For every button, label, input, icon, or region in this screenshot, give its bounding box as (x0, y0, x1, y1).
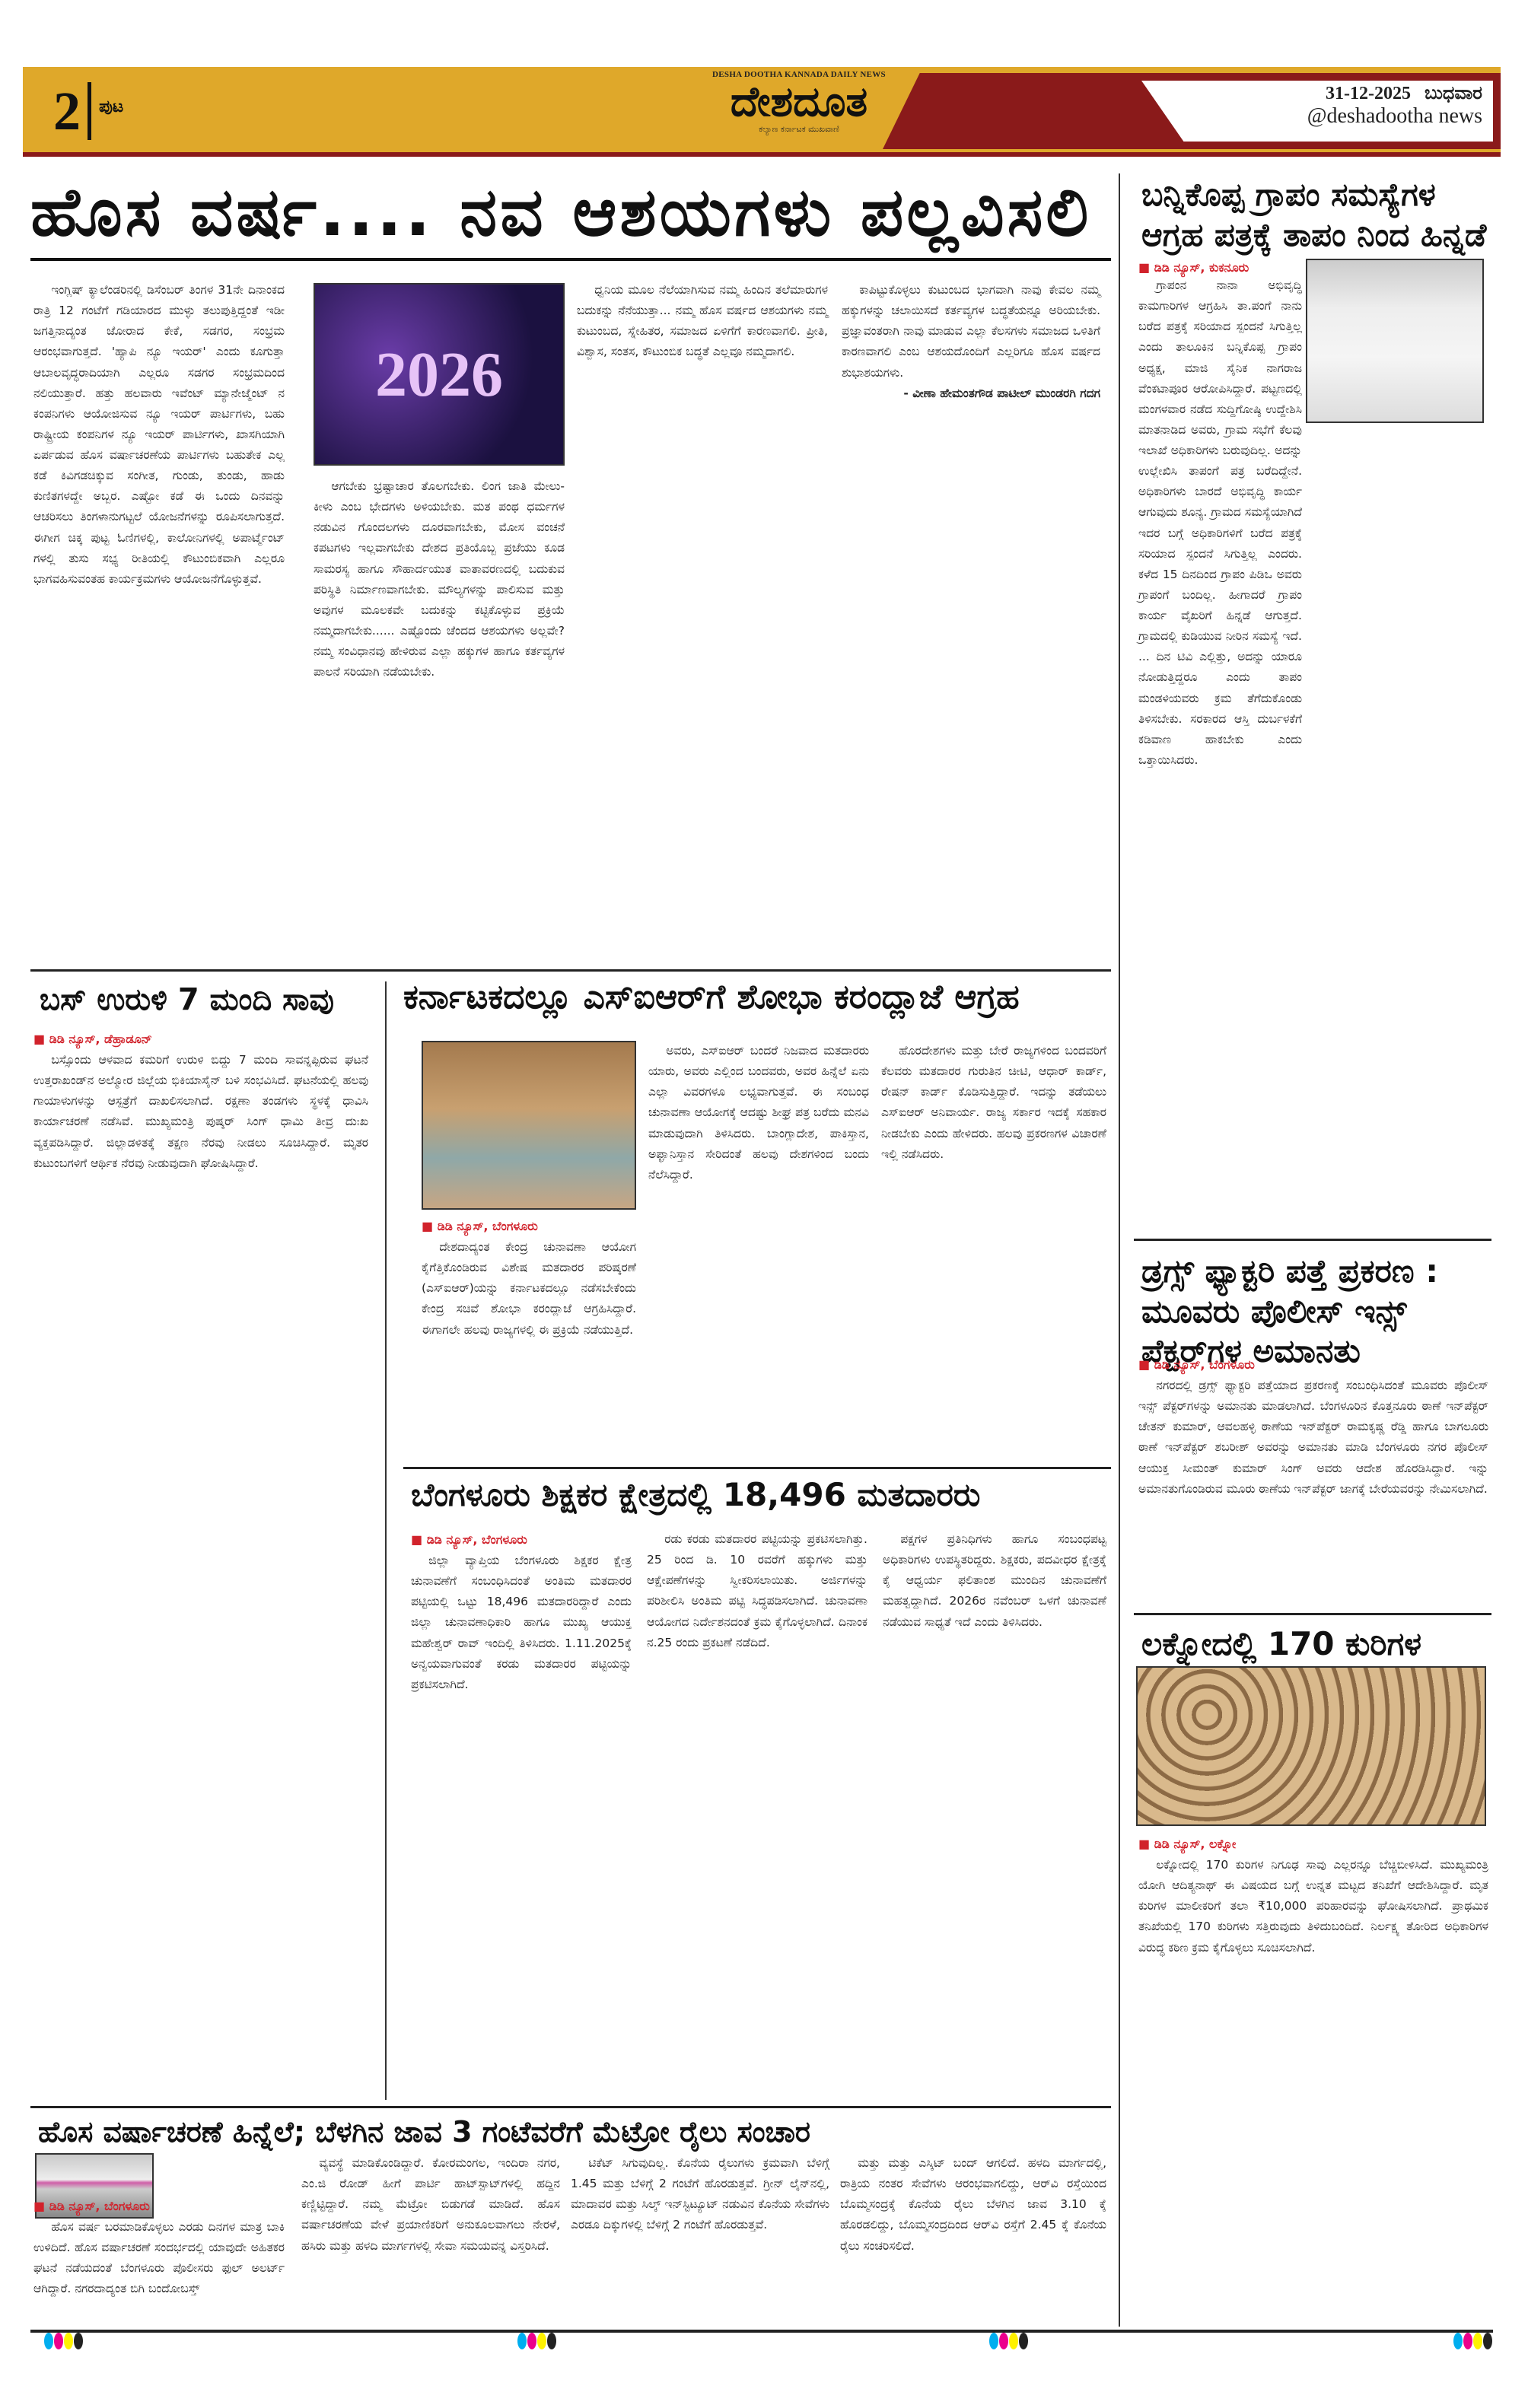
sheep-photo (1136, 1666, 1486, 1826)
column-divider (1119, 173, 1120, 2327)
shobha-text-2: ಅವರು, ಎಸ್‌ಐಆರ್ ಬಂದರೆ ನಿಜವಾದ ಮತದಾರರು ಯಾರು… (648, 1041, 869, 1185)
lead-text-3: ಧ್ವನಿಯ ಮೂಲ ನೆಲೆಯಾಗಿಸುವ ನಮ್ಮ ಹಿಂದಿನ ತಲೆಮಾ… (577, 280, 828, 363)
shobha-headline: ಕರ್ನಾಟಕದಲ್ಲೂ ಎಸ್‌ಐಆರ್‌ಗೆ ಶೋಭಾ ಕರಂದ್ಲಾಜೆ … (403, 978, 1103, 1018)
lead-text-2: ಆಗಬೇಕು ಭ್ರಷ್ಟಾಚಾರ ತೊಲಗಬೇಕು. ಲಿಂಗ ಜಾತಿ ಮೇ… (314, 476, 565, 682)
issue-weekday: ಬುಧವಾರ (1425, 84, 1482, 103)
logo-tagline: ಕಲ್ಯಾಣ ಕರ್ನಾಟಕ ಮುಖವಾಣಿ (700, 124, 898, 135)
bus-text: ಬಸ್ಸೊಂದು ಆಳವಾದ ಕಮರಿಗೆ ಉರುಳಿ ಬಿದ್ದು 7 ಮಂದ… (33, 1050, 368, 1174)
masthead: 2 ಪುಟ DESHA DOOTHA KANNADA DAILY NEWS ದೇ… (23, 67, 1501, 157)
metro-headline: ಹೊಸ ವರ್ಷಾಚರಣೆ ಹಿನ್ನೆಲೆ; ಬೆಳಗಿನ ಜಾವ 3 ಗಂಟ… (38, 2115, 1111, 2150)
metro-col-4: ಮತ್ತು ಮತ್ತು ಎಸ್ಕಿಟ್ ಬಂದ್ ಆಗಲಿದೆ. ಹಳದಿ ಮಾ… (840, 2153, 1106, 2257)
metro-text-2: ವ್ಯವಸ್ಥೆ ಮಾಡಿಕೊಂಡಿದ್ದಾರೆ. ಕೋರಮಂಗಲ, ಇಂದಿರ… (301, 2153, 560, 2257)
newspaper-logo: DESHA DOOTHA KANNADA DAILY NEWS ದೇಶದೂತ ಕ… (700, 70, 898, 154)
date-box: 31-12-2025 ಬುಧವಾರ @deshadootha news (1141, 81, 1493, 142)
side2-body: ಡಿಡಿ ನ್ಯೂಸ್, ಬೆಂಗಳೂರು ನಗರದಲ್ಲಿ ಡ್ರಗ್ಸ್ ಫ… (1138, 1354, 1488, 1500)
lead-headline: ಹೊಸ ವರ್ಷ.... ನವ ಆಶಯಗಳು ಪಲ್ಲವಿಸಲಿ (30, 173, 1111, 261)
cmyk-registration-mark (517, 2333, 556, 2349)
new-year-image-caption: 2026 (375, 338, 503, 412)
page-label: ಪುಟ (99, 97, 123, 116)
bus-headline: ಬಸ್ ಉರುಳಿ 7 ಮಂದಿ ಸಾವು (40, 981, 374, 1018)
shobha-text-1: ದೇಶದಾದ್ಯಂತ ಕೇಂದ್ರ ಚುನಾವಣಾ ಆಯೋಗ ಕೈಗೆತ್ತಿಕ… (422, 1237, 636, 1341)
shobha-dateline: ಡಿಡಿ ನ್ಯೂಸ್, ಬೆಂಗಳೂರು (422, 1216, 636, 1237)
section-rule (30, 2106, 1111, 2108)
voters-col-1: ಡಿಡಿ ನ್ಯೂಸ್, ಬೆಂಗಳೂರು ಜಿಲ್ಲಾ ವ್ಯಾಪ್ತಿಯ ಬ… (411, 1529, 632, 1695)
bus-dateline: ಡಿಡಿ ನ್ಯೂಸ್, ಡೆಹ್ರಾಡೂನ್ (33, 1029, 368, 1050)
side2-rule (1134, 1239, 1491, 1241)
cmyk-registration-mark (989, 2333, 1028, 2349)
voters-text-3: ಪಕ್ಷಗಳ ಪ್ರತಿನಿಧಿಗಳು ಹಾಗೂ ಸಂಬಂಧಪಟ್ಟ ಅಧಿಕಾ… (883, 1529, 1106, 1633)
lead-text-4: ಕಾಪಿಟ್ಟುಕೊಳ್ಳಲು ಕುಟುಂಬದ ಭಾಗವಾಗಿ ನಾವು ಕೇವ… (842, 280, 1100, 383)
voters-dateline: ಡಿಡಿ ನ್ಯೂಸ್, ಬೆಂಗಳೂರು (411, 1529, 632, 1551)
side1-text: ಗ್ರಾಪಂನ ನಾನಾ ಅಭಿವೃದ್ಧಿ ಕಾಮಗಾರಿಗಳ ಆಗ್ರಹಿಸ… (1138, 275, 1488, 771)
issue-date-line: 31-12-2025 ಬುಧವಾರ (1141, 84, 1482, 104)
side3-text: ಲಕ್ನೋದಲ್ಲಿ 170 ಕುರಿಗಳ ನಿಗೂಢ ಸಾವು ಎಲ್ಲರನ್… (1138, 1855, 1488, 1958)
lead-text-1: ಇಂಗ್ಲಿಷ್ ಕ್ಯಾಲೆಂಡರಿನಲ್ಲಿ ಡಿಸೆಂಬರ್ ತಿಂಗಳ … (33, 280, 285, 590)
metro-text-4: ಮತ್ತು ಮತ್ತು ಎಸ್ಕಿಟ್ ಬಂದ್ ಆಗಲಿದೆ. ಹಳದಿ ಮಾ… (840, 2153, 1106, 2257)
section-rule (403, 1467, 1111, 1469)
side2-headline: ಡ್ರಗ್ಸ್ ಫ್ಯಾಕ್ಟರಿ ಪತ್ತೆ ಪ್ರಕರಣ : ಮೂವರು ಪ… (1141, 1252, 1499, 1372)
voters-col-2: ರಡು ಕರಡು ಮತದಾರರ ಪಟ್ಟಿಯನ್ನು ಪ್ರಕಟಿಸಲಾಗಿತ್… (647, 1529, 867, 1653)
voters-text-1: ಜಿಲ್ಲಾ ವ್ಯಾಪ್ತಿಯ ಬೆಂಗಳೂರು ಶಿಕ್ಷಕರ ಕ್ಷೇತ್… (411, 1551, 632, 1695)
shobha-photo (422, 1041, 636, 1210)
metro-text-3: ಟಿಕೆಟ್ ಸಿಗುವುದಿಲ್ಲ. ಕೊನೆಯ ರೈಲುಗಳು ಕ್ರಮವಾ… (571, 2153, 829, 2236)
voters-headline: ಬೆಂಗಳೂರು ಶಿಕ್ಷಕರ ಕ್ಷೇತ್ರದಲ್ಲಿ 18,496 ಮತದ… (411, 1476, 1111, 1514)
shobha-col-1: ಡಿಡಿ ನ್ಯೂಸ್, ಬೆಂಗಳೂರು ದೇಶದಾದ್ಯಂತ ಕೇಂದ್ರ … (422, 1216, 636, 1341)
side3-dateline: ಡಿಡಿ ನ್ಯೂಸ್, ಲಕ್ನೋ (1138, 1834, 1488, 1855)
footer-rule (30, 2330, 1493, 2333)
page-divider (88, 82, 91, 140)
shobha-col-2: ಅವರು, ಎಸ್‌ಐಆರ್ ಬಂದರೆ ನಿಜವಾದ ಮತದಾರರು ಯಾರು… (648, 1041, 869, 1185)
lead-column-1: ಇಂಗ್ಲಿಷ್ ಕ್ಯಾಲೆಂಡರಿನಲ್ಲಿ ಡಿಸೆಂಬರ್ ತಿಂಗಳ … (33, 280, 285, 590)
column-divider (385, 981, 387, 2100)
section-rule (30, 969, 1111, 972)
metro-dateline: ಡಿಡಿ ನ್ಯೂಸ್, ಬೆಂಗಳೂರು (33, 2196, 285, 2217)
metro-col-3: ಟಿಕೆಟ್ ಸಿಗುವುದಿಲ್ಲ. ಕೊನೆಯ ರೈಲುಗಳು ಕ್ರಮವಾ… (571, 2153, 829, 2236)
side1-headline: ಬನ್ನಿಕೊಪ್ಪ ಗ್ರಾಪಂ ಸಮಸ್ಯೆಗಳ ಆಗ್ರಹ ಪತ್ರಕ್ಕ… (1141, 175, 1499, 255)
side2-text: ನಗರದಲ್ಲಿ ಡ್ರಗ್ಸ್ ಫ್ಯಾಕ್ಟರಿ ಪತ್ತೆಯಾದ ಪ್ರಕ… (1138, 1376, 1488, 1500)
lead-column-4: ಕಾಪಿಟ್ಟುಕೊಳ್ಳಲು ಕುಟುಂಬದ ಭಾಗವಾಗಿ ನಾವು ಕೇವ… (842, 280, 1100, 404)
metro-text-1: ಹೊಸ ವರ್ಷ ಬರಮಾಡಿಕೊಳ್ಳಲು ಎರಡು ದಿನಗಳ ಮಾತ್ರ … (33, 2217, 285, 2300)
social-handle: @deshadootha news (1141, 104, 1482, 129)
metro-col-2: ವ್ಯವಸ್ಥೆ ಮಾಡಿಕೊಂಡಿದ್ದಾರೆ. ಕೋರಮಂಗಲ, ಇಂದಿರ… (301, 2153, 560, 2257)
metro-col-1: ಡಿಡಿ ನ್ಯೂಸ್, ಬೆಂಗಳೂರು ಹೊಸ ವರ್ಷ ಬರಮಾಡಿಕೊಳ… (33, 2196, 285, 2300)
shobha-text-3: ಹೊರದೇಶಗಳು ಮತ್ತು ಬೇರೆ ರಾಜ್ಯಗಳಿಂದ ಬಂದವರಿಗೆ… (881, 1041, 1106, 1165)
lead-column-3: ಧ್ವನಿಯ ಮೂಲ ನೆಲೆಯಾಗಿಸುವ ನಮ್ಮ ಹಿಂದಿನ ತಲೆಮಾ… (577, 280, 828, 363)
side3-body: ಡಿಡಿ ನ್ಯೂಸ್, ಲಕ್ನೋ ಲಕ್ನೋದಲ್ಲಿ 170 ಕುರಿಗಳ… (1138, 1834, 1488, 1958)
issue-date: 31-12-2025 (1326, 84, 1411, 103)
side1-body: ಗ್ರಾಪಂನ ನಾನಾ ಅಭಿವೃದ್ಧಿ ಕಾಮಗಾರಿಗಳ ಆಗ್ರಹಿಸ… (1138, 275, 1488, 771)
voters-col-3: ಪಕ್ಷಗಳ ಪ್ರತಿನಿಧಿಗಳು ಹಾಗೂ ಸಂಬಂಧಪಟ್ಟ ಅಧಿಕಾ… (883, 1529, 1106, 1633)
side2-dateline: ಡಿಡಿ ನ್ಯೂಸ್, ಬೆಂಗಳೂರು (1138, 1354, 1488, 1376)
side3-rule (1134, 1613, 1491, 1615)
logo-kannada-title: ದೇಶದೂತ (700, 79, 898, 124)
page-number: 2 (53, 84, 81, 138)
lead-author: - ವೀಣಾ ಹೇಮಂತಗೌಡ ಪಾಟೀಲ್ ಮುಂಡರಗಿ ಗದಗ (842, 383, 1100, 404)
cmyk-registration-mark (44, 2333, 83, 2349)
bus-body: ಡಿಡಿ ನ್ಯೂಸ್, ಡೆಹ್ರಾಡೂನ್ ಬಸ್ಸೊಂದು ಆಳವಾದ ಕ… (33, 1029, 368, 1174)
cmyk-registration-mark (1453, 2333, 1492, 2349)
lead-column-2: ಆಗಬೇಕು ಭ್ರಷ್ಟಾಚಾರ ತೊಲಗಬೇಕು. ಲಿಂಗ ಜಾತಿ ಮೇ… (314, 476, 565, 682)
new-year-image: 2026 (314, 283, 565, 466)
voters-text-2: ರಡು ಕರಡು ಮತದಾರರ ಪಟ್ಟಿಯನ್ನು ಪ್ರಕಟಿಸಲಾಗಿತ್… (647, 1529, 867, 1653)
shobha-col-3: ಹೊರದೇಶಗಳು ಮತ್ತು ಬೇರೆ ರಾಜ್ಯಗಳಿಂದ ಬಂದವರಿಗೆ… (881, 1041, 1106, 1165)
